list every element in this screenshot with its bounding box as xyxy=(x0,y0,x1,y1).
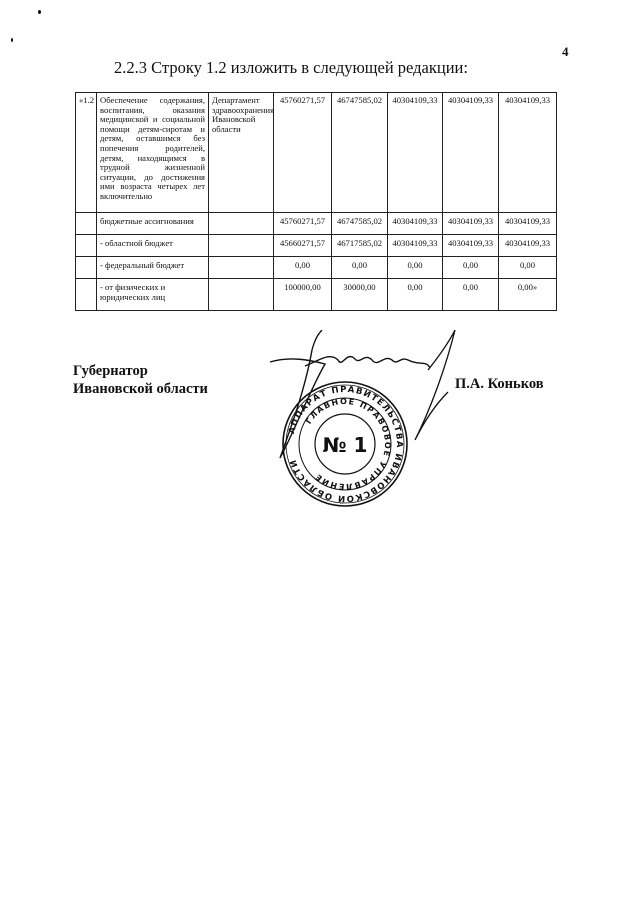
row-executor: Департамент здравоохранения Ивановской о… xyxy=(209,93,274,213)
table-row: - от физических и юридических лиц 100000… xyxy=(76,279,557,311)
row-label: - областной бюджет xyxy=(97,235,209,257)
value-cell: 46747585,02 xyxy=(332,213,388,235)
page-number: 4 xyxy=(562,44,569,60)
value-cell: 0,00» xyxy=(499,279,557,311)
value-cell: 40304109,33 xyxy=(443,235,499,257)
row-index: «1.2 xyxy=(76,93,97,213)
value-cell: 46717585,02 xyxy=(332,235,388,257)
position-line: Ивановской области xyxy=(73,380,208,398)
table-row-main: «1.2 Обеспечение содержания, воспитания,… xyxy=(76,93,557,213)
table-row: - федеральный бюджет 0,00 0,00 0,00 0,00… xyxy=(76,257,557,279)
signatory-position: Губернатор Ивановской области xyxy=(73,362,208,398)
value-cell: 40304109,33 xyxy=(499,93,557,213)
budget-table: «1.2 Обеспечение содержания, воспитания,… xyxy=(75,92,557,311)
position-line: Губернатор xyxy=(73,362,208,380)
value-cell: 46747585,02 xyxy=(332,93,388,213)
value-cell: 30000,00 xyxy=(332,279,388,311)
section-heading: 2.2.3 Строку 1.2 изложить в следующей ре… xyxy=(114,58,468,78)
value-cell: 0,00 xyxy=(388,279,443,311)
row-label: бюджетные ассигнования xyxy=(97,213,209,235)
value-cell: 40304109,33 xyxy=(443,213,499,235)
row-label: - федеральный бюджет xyxy=(97,257,209,279)
value-cell: 45660271,57 xyxy=(274,235,332,257)
row-label: - от физических и юридических лиц xyxy=(97,279,209,311)
row-description: Обеспечение содержания, воспитания, оказ… xyxy=(97,93,209,213)
scan-speck xyxy=(38,10,41,14)
value-cell: 40304109,33 xyxy=(388,213,443,235)
value-cell: 40304109,33 xyxy=(388,93,443,213)
value-cell: 40304109,33 xyxy=(443,93,499,213)
value-cell: 0,00 xyxy=(332,257,388,279)
value-cell: 40304109,33 xyxy=(388,235,443,257)
value-cell: 100000,00 xyxy=(274,279,332,311)
value-cell: 40304109,33 xyxy=(499,213,557,235)
handwritten-signature-icon xyxy=(250,330,480,470)
value-cell: 0,00 xyxy=(443,279,499,311)
scan-speck xyxy=(11,38,13,42)
value-cell: 0,00 xyxy=(274,257,332,279)
value-cell: 45760271,57 xyxy=(274,213,332,235)
value-cell: 40304109,33 xyxy=(499,235,557,257)
table-row: - областной бюджет 45660271,57 46717585,… xyxy=(76,235,557,257)
value-cell: 0,00 xyxy=(499,257,557,279)
value-cell: 0,00 xyxy=(443,257,499,279)
table-row: бюджетные ассигнования 45760271,57 46747… xyxy=(76,213,557,235)
value-cell: 0,00 xyxy=(388,257,443,279)
value-cell: 45760271,57 xyxy=(274,93,332,213)
